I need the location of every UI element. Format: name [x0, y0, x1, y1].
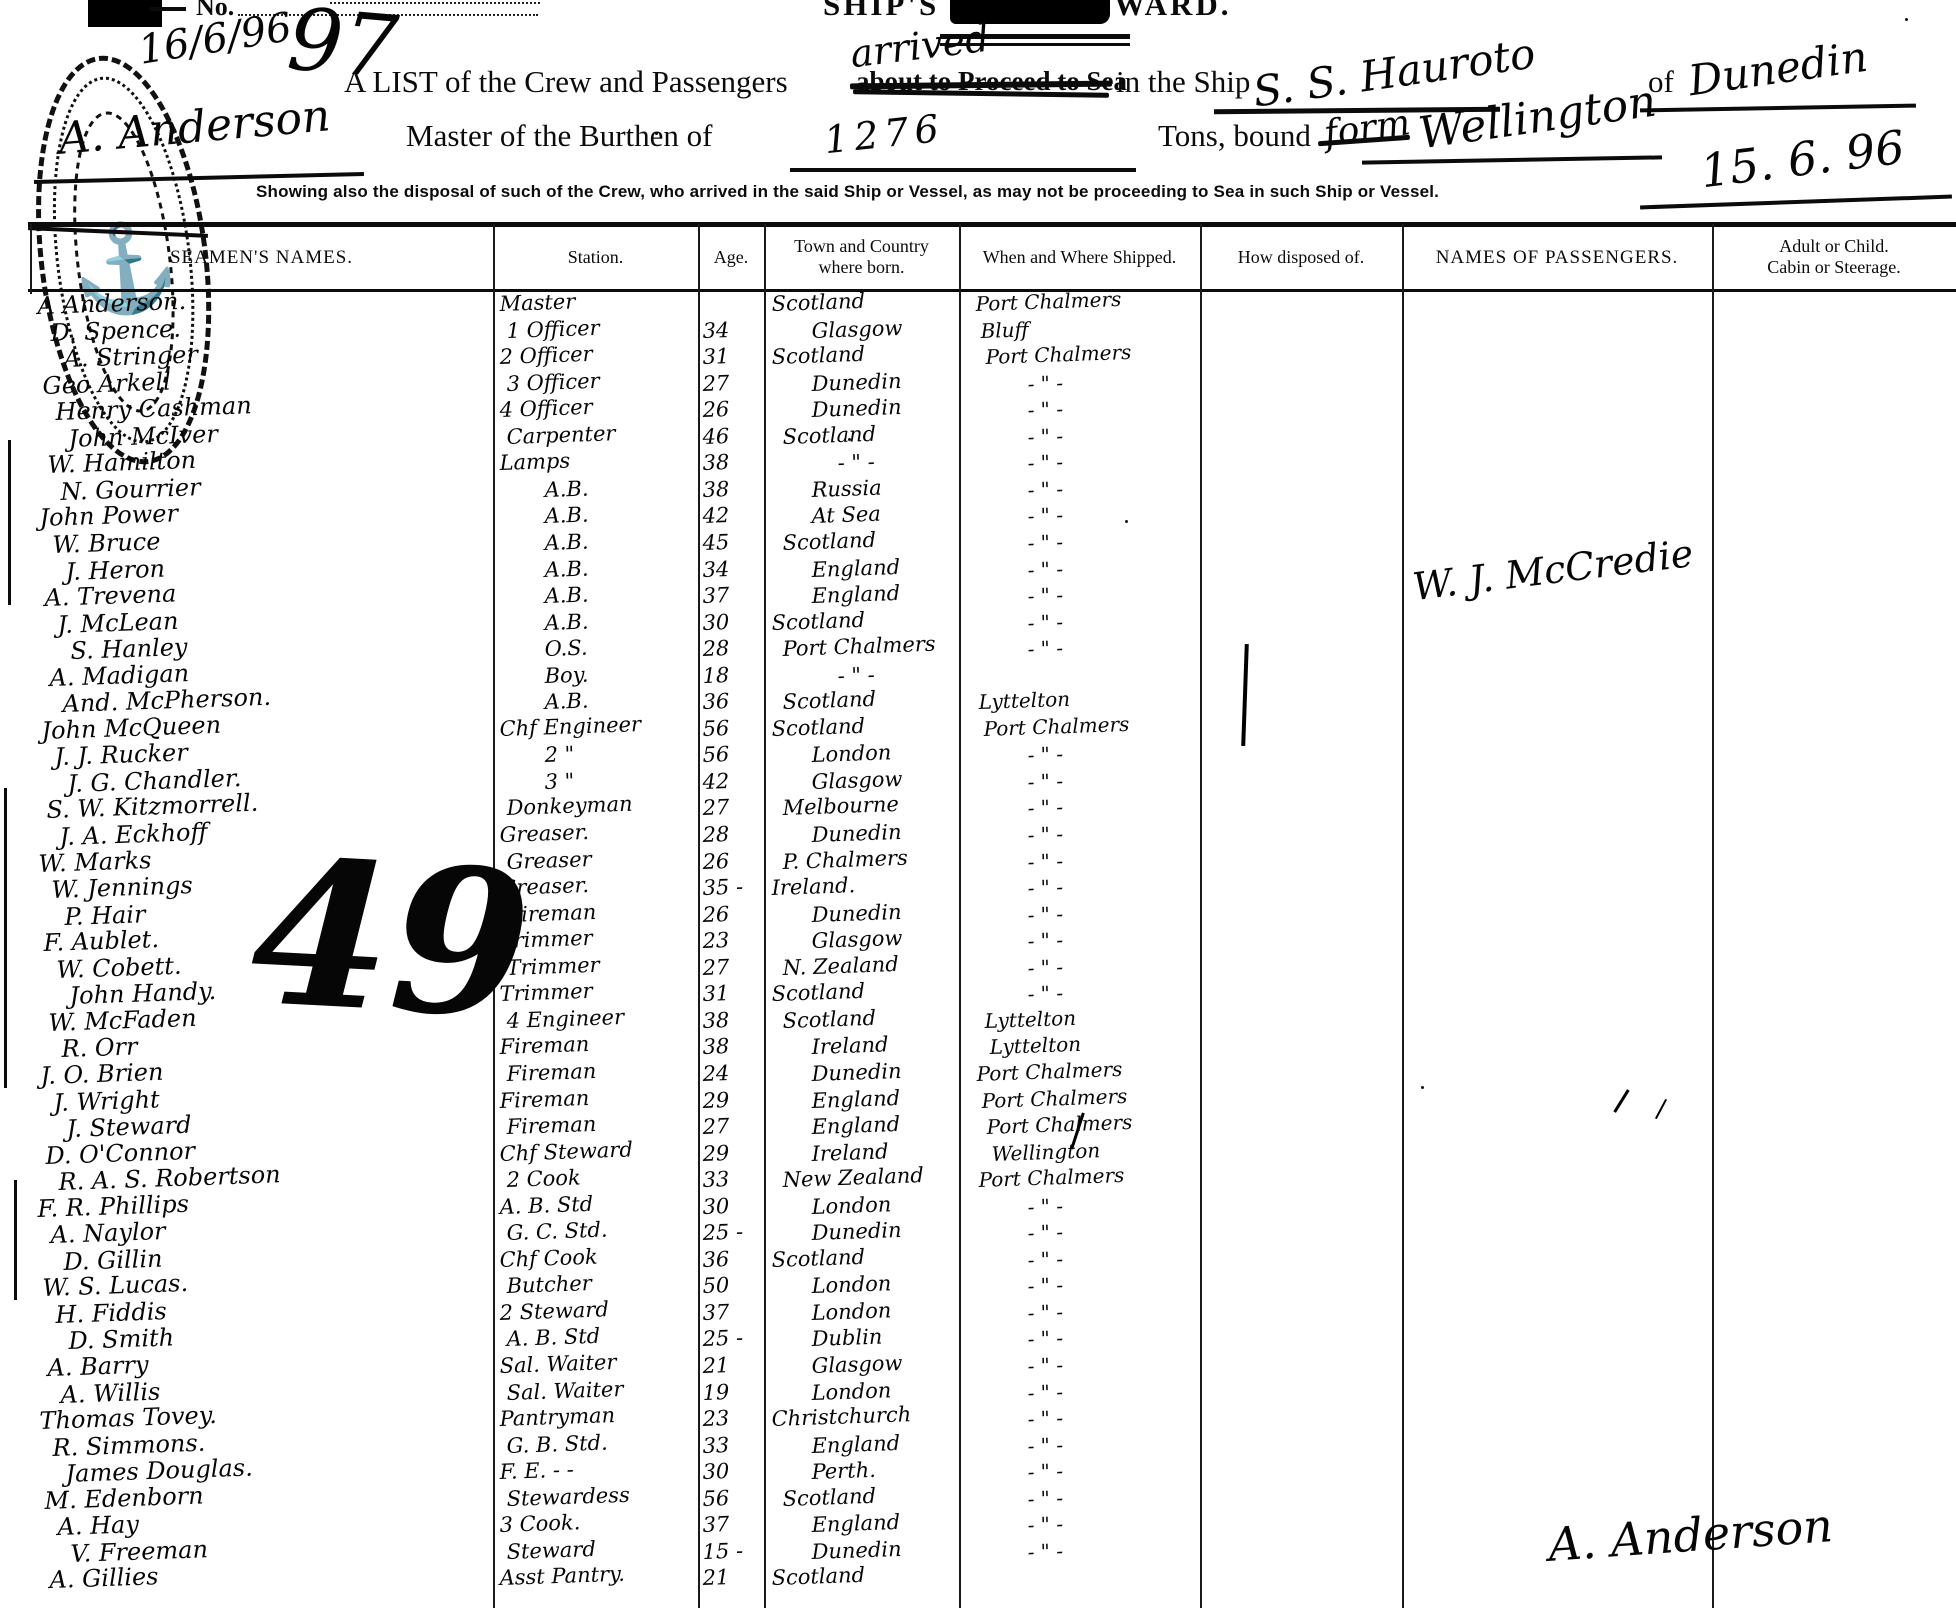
table-row: Geo Arkell3 Officer27Dunedin- " - — [0, 372, 1956, 399]
line2-tons: Tons, bound — [1158, 118, 1311, 154]
shipped-value: - " - — [1027, 1220, 1063, 1245]
birthplace-value: England — [811, 554, 900, 581]
station-value: A.B. — [544, 556, 589, 582]
shipped-value: - " - — [1027, 1406, 1063, 1431]
table-row: John McIverCarpenter46Scotland- " - — [0, 425, 1956, 452]
birthplace-value: Glasgow — [811, 315, 903, 342]
col-header-born: Town and Countrywhere born. — [764, 224, 959, 290]
speck — [1421, 1086, 1424, 1089]
shipped-value: - " - — [1027, 1300, 1063, 1325]
table-row: James Douglas.F. E. - -30Perth.- " - — [0, 1460, 1956, 1487]
shipped-value: - " - — [1027, 1247, 1063, 1272]
age-value: 28 — [702, 822, 730, 847]
table-row: A. BarrySal. Waiter21Glasgow- " - — [0, 1354, 1956, 1381]
station-value: A.B. — [544, 503, 589, 529]
birthplace-value: England — [811, 1510, 900, 1537]
shipped-value: - " - — [1027, 1273, 1063, 1298]
age-value: 36 — [702, 1247, 730, 1272]
birthplace-value: London — [811, 1298, 892, 1325]
age-value: 42 — [702, 503, 730, 528]
col-header-seamen-names: SEAMEN'S NAMES. — [30, 224, 493, 290]
shipped-value: - " - — [1027, 742, 1063, 767]
col-header-cabin: Adult or Child.Cabin or Steerage. — [1712, 224, 1956, 290]
age-value: 15 - — [702, 1538, 743, 1563]
station-value: A.B. — [544, 476, 589, 502]
station-value: O.S. — [544, 636, 588, 661]
birthplace-value: - " - — [837, 662, 875, 687]
birthplace-value: England — [811, 1431, 900, 1458]
table-row: S. HanleyO.S.28Port Chalmers- " - — [0, 637, 1956, 664]
birthplace-value: Perth. — [811, 1458, 876, 1484]
station-value: Donkeyman — [506, 792, 633, 820]
shipped-value: - " - — [1027, 424, 1063, 449]
masthead-left: SHIP'S — [823, 0, 939, 23]
station-value: Boy. — [544, 662, 589, 688]
age-value: 46 — [702, 424, 730, 449]
age-value: 31 — [702, 344, 730, 369]
birthplace-value: Dunedin — [811, 1537, 902, 1564]
birthplace-value: Glasgow — [811, 767, 903, 794]
shipped-value: - " - — [1027, 609, 1063, 634]
table-row: J. G. Chandler.3 "42Glasgow- " - — [0, 770, 1956, 797]
birthplace-value: Dunedin — [811, 395, 902, 422]
birthplace-value: Christchurch — [771, 1402, 911, 1431]
birthplace-value: Scotland — [771, 1563, 865, 1590]
age-value: 19 — [702, 1380, 730, 1405]
table-row: A. MadiganBoy.18- " - — [0, 664, 1956, 691]
birthplace-value: Scotland — [771, 289, 865, 316]
shipped-value: - " - — [1027, 450, 1063, 475]
station-value: Fireman — [506, 1112, 597, 1139]
station-value: A.B. — [544, 689, 589, 715]
shipped-value: - " - — [1027, 1326, 1063, 1351]
birthplace-value: N. Zealand — [782, 952, 899, 980]
birthplace-value: New Zealand — [782, 1163, 924, 1192]
station-value: A. B. Std — [506, 1324, 600, 1351]
station-value: Pantryman — [499, 1403, 615, 1431]
birthplace-value: Scotland — [782, 1006, 876, 1033]
station-value: A.B. — [544, 609, 589, 635]
age-value: 30 — [702, 1194, 730, 1219]
written-date-bottom: 15. 6. 96 — [1697, 120, 1907, 199]
date-underline — [1640, 195, 1952, 210]
station-value: Lamps — [499, 449, 570, 475]
age-value: 30 — [702, 610, 730, 635]
birthplace-value: England — [811, 1085, 900, 1112]
table-row: A. NaylorG. C. Std.25 -Dunedin- " - — [0, 1221, 1956, 1248]
table-row: J. StewardFireman27EnglandPort Chalmers — [0, 1115, 1956, 1142]
birthplace-value: Scotland — [771, 342, 865, 369]
station-value: Sal. Waiter — [499, 1350, 617, 1378]
station-value: Chf Steward — [499, 1137, 633, 1166]
shipped-value: Port Chalmers — [983, 712, 1130, 741]
birthplace-value: Ireland. — [771, 873, 855, 900]
station-value: Steward — [506, 1537, 596, 1564]
station-value: 2 Officer — [499, 342, 593, 369]
table-row: R. A. S. Robertson2 Cook33New ZealandPor… — [0, 1168, 1956, 1195]
birthplace-value: Ireland — [811, 1033, 889, 1060]
table-row: H. Fiddis2 Steward37London- " - — [0, 1301, 1956, 1328]
shipped-value: - " - — [1027, 370, 1063, 395]
shipped-value: Port Chalmers — [985, 340, 1132, 369]
shipped-value: - " - — [1027, 397, 1063, 422]
masthead-right: WARD. — [1114, 0, 1231, 23]
speck — [655, 132, 658, 135]
birthplace-value: London — [811, 1272, 892, 1299]
shipped-value: Port Chalmers — [981, 1083, 1128, 1112]
age-value: 27 — [702, 955, 730, 980]
station-value: 2 " — [544, 742, 575, 767]
station-value: 2 Cook — [506, 1166, 581, 1193]
shipped-value: - " - — [1027, 848, 1063, 873]
birthplace-value: Dunedin — [811, 900, 902, 927]
no-dash — [150, 7, 186, 11]
age-value: 26 — [702, 397, 730, 422]
table-row: W. S. Lucas.Butcher50London- " - — [0, 1274, 1956, 1301]
birthplace-value: Ireland — [811, 1139, 889, 1166]
station-value: A. B. Std — [499, 1191, 593, 1218]
table-row: D. O'ConnorChf Steward29IrelandWellingto… — [0, 1142, 1956, 1169]
station-value: 3 Officer — [506, 368, 600, 395]
age-value: 50 — [702, 1273, 730, 1298]
birthplace-value: Dunedin — [811, 820, 902, 847]
shipped-value: Bluff — [980, 317, 1029, 343]
age-value: 29 — [702, 1141, 730, 1166]
age-value: 37 — [702, 583, 730, 608]
speck — [1125, 520, 1128, 523]
shipped-value: - " - — [1027, 1432, 1063, 1457]
shipped-value: - " - — [1027, 1353, 1063, 1378]
age-value: 23 — [702, 928, 730, 953]
birthplace-value: London — [811, 741, 892, 768]
station-value: Chf Cook — [499, 1244, 598, 1271]
birthplace-value: Scotland — [782, 1484, 876, 1511]
shipped-value: Lyttelton — [978, 687, 1070, 714]
shipped-value: - " - — [1027, 955, 1063, 980]
age-value: 56 — [702, 1486, 730, 1511]
birthplace-value: London — [811, 1378, 892, 1405]
ships-crew-list-scan: { "header": { "no_label": "No.", "masthe… — [0, 0, 1956, 1608]
shipped-value: - " - — [1027, 1512, 1063, 1537]
station-value: 3 " — [544, 769, 575, 794]
seaman-name: W. S. Lucas. — [42, 1269, 189, 1302]
age-value: 45 — [702, 530, 730, 555]
showing-line: Showing also the disposal of such of the… — [256, 182, 1439, 202]
age-value: 30 — [702, 1459, 730, 1484]
station-value: A.B. — [544, 529, 589, 555]
shipped-value: Port Chalmers — [976, 1057, 1123, 1086]
birthplace-value: Dunedin — [811, 369, 902, 396]
table-row: J. J. Rucker2 "56London- " - — [0, 743, 1956, 770]
shipped-value: - " - — [1027, 556, 1063, 581]
birthplace-value: Scotland — [782, 422, 876, 449]
station-value: G. C. Std. — [506, 1218, 608, 1246]
station-value: Stewardess — [506, 1482, 630, 1510]
table-row: A. Stringer2 Officer31ScotlandPort Chalm… — [0, 345, 1956, 372]
age-value: 34 — [702, 318, 730, 343]
age-value: 24 — [702, 1061, 730, 1086]
birthplace-value: Scotland — [771, 714, 865, 741]
birthplace-value: Dunedin — [811, 1059, 902, 1086]
table-row: F. R. PhillipsA. B. Std30London- " - — [0, 1195, 1956, 1222]
shipped-value: - " - — [1027, 1379, 1063, 1404]
age-value: 34 — [702, 557, 730, 582]
shipped-value: Port Chalmers — [978, 1163, 1125, 1192]
line1-mid: in the Ship — [1116, 64, 1250, 100]
station-value: Sal. Waiter — [506, 1376, 624, 1404]
station-value: F. E. - - — [499, 1458, 574, 1485]
age-value: 29 — [702, 1088, 730, 1113]
birthplace-value: London — [811, 1192, 892, 1219]
birthplace-value: Scotland — [782, 687, 876, 714]
age-value: 56 — [702, 742, 730, 767]
col-header-passengers: NAMES OF PASSENGERS. — [1402, 224, 1712, 290]
age-value: 26 — [702, 849, 730, 874]
station-value: 4 Officer — [499, 395, 593, 422]
shipped-value: - " - — [1027, 822, 1063, 847]
table-row: And. McPherson.A.B.36ScotlandLyttelton — [0, 690, 1956, 717]
age-value: 38 — [702, 477, 730, 502]
shipped-value: Port Chalmers — [986, 1110, 1133, 1139]
table-row: John McQueenChf Engineer56ScotlandPort C… — [0, 717, 1956, 744]
birthplace-value: P. Chalmers — [782, 845, 908, 873]
col-header-disposed: How disposed of. — [1200, 224, 1402, 290]
birthplace-value: Russia — [811, 475, 882, 501]
shipped-value: Port Chalmers — [975, 287, 1122, 316]
table-row: John PowerA.B.42At Sea- " - — [0, 504, 1956, 531]
shipped-value: Wellington — [991, 1138, 1100, 1166]
speck — [848, 438, 851, 441]
table-row: A Anderson.MasterScotlandPort Chalmers — [0, 292, 1956, 319]
shipped-value: - " - — [1027, 636, 1063, 661]
seaman-name: A. Gillies — [49, 1563, 159, 1595]
table-row: J. McLeanA.B.30Scotland- " - — [0, 611, 1956, 638]
shipped-value: - " - — [1027, 795, 1063, 820]
seaman-name: W. Jennings — [51, 871, 193, 904]
station-value: Butcher — [506, 1271, 592, 1298]
age-value: 42 — [702, 769, 730, 794]
crew-count-annotation: 49 — [246, 815, 536, 1064]
table-row: A. TrevenaA.B.37England- " - — [0, 584, 1956, 611]
age-value: 26 — [702, 902, 730, 927]
shipped-value: - " - — [1027, 583, 1063, 608]
birthplace-value: At Sea — [811, 502, 881, 528]
age-value: 38 — [702, 1034, 730, 1059]
station-value: Fireman — [499, 1085, 590, 1112]
tonnage: 1276 — [822, 106, 947, 162]
shipped-value: - " - — [1027, 503, 1063, 528]
line2-label: Master of the Burthen of — [406, 118, 712, 154]
seaman-name: F. R. Phillips — [37, 1189, 189, 1222]
age-value: 23 — [702, 1406, 730, 1431]
station-value: 2 Steward — [499, 1297, 609, 1325]
shipped-value: - " - — [1027, 1539, 1063, 1564]
age-value: 31 — [702, 981, 730, 1006]
table-row: Henry Cashman4 Officer26Dunedin- " - — [0, 398, 1956, 425]
age-value: 33 — [702, 1433, 730, 1458]
birthplace-value: Scotland — [771, 1245, 865, 1272]
birthplace-value: Glasgow — [811, 926, 903, 953]
table-row: W. HamiltonLamps38- " -- " - — [0, 451, 1956, 478]
table-row: Thomas Tovey.Pantryman23Christchurch- " … — [0, 1407, 1956, 1434]
station-value: Chf Engineer — [499, 712, 641, 741]
age-value: 27 — [702, 796, 730, 821]
station-value: G. B. Std. — [506, 1430, 608, 1458]
shipped-value: Lyttelton — [984, 1006, 1076, 1033]
shipped-value: - " - — [1027, 769, 1063, 794]
table-row: D. Spence.1 Officer34GlasgowBluff — [0, 319, 1956, 346]
birthplace-value: Scotland — [782, 528, 876, 555]
shipped-value: - " - — [1027, 901, 1063, 926]
table-row: J. O. BrienFireman24DunedinPort Chalmers — [0, 1062, 1956, 1089]
seaman-name: Henry Cashman — [55, 391, 252, 426]
table-row: A. WillisSal. Waiter19London- " - — [0, 1381, 1956, 1408]
station-value: 3 Cook. — [499, 1510, 581, 1537]
shipped-value: - " - — [1027, 530, 1063, 555]
birthplace-value: - " - — [837, 450, 875, 475]
age-value: 28 — [702, 636, 730, 661]
seaman-name: A. Barry — [47, 1350, 149, 1382]
age-value: 21 — [702, 1353, 730, 1378]
col-header-shipped: When and Where Shipped. — [959, 224, 1200, 290]
station-value: Master — [499, 289, 576, 316]
shipped-value: - " - — [1027, 1459, 1063, 1484]
age-value: 38 — [702, 1008, 730, 1033]
age-value: 56 — [702, 716, 730, 741]
age-value: 25 - — [702, 1326, 743, 1351]
age-value: 25 - — [702, 1220, 743, 1245]
shipped-value: Lyttelton — [989, 1032, 1081, 1059]
age-value: 27 — [702, 1114, 730, 1139]
station-value: Carpenter — [506, 421, 616, 449]
birthplace-value: Scotland — [771, 979, 865, 1006]
table-row: N. GourrierA.B.38Russia- " - — [0, 478, 1956, 505]
shipped-value: - " - — [1027, 981, 1063, 1006]
birthplace-value: Dublin — [811, 1325, 883, 1351]
shipped-value: - " - — [1027, 1486, 1063, 1511]
birthplace-value: Scotland — [771, 607, 865, 634]
table-row: D. GillinChf Cook36Scotland- " - — [0, 1248, 1956, 1275]
seaman-name: A. Hay — [57, 1510, 139, 1541]
shipped-value: - " - — [1027, 875, 1063, 900]
station-value: Asst Pantry. — [499, 1562, 625, 1590]
birthplace-value: Glasgow — [811, 1351, 903, 1378]
birthplace-value: Dunedin — [811, 1218, 902, 1245]
birthplace-value: England — [811, 581, 900, 608]
destination-underline — [1362, 155, 1662, 164]
registry-underline — [1640, 104, 1916, 113]
age-value: 27 — [702, 371, 730, 396]
table-row: D. SmithA. B. Std25 -Dublin- " - — [0, 1327, 1956, 1354]
shipped-value: - " - — [1027, 1193, 1063, 1218]
age-value: 18 — [702, 663, 730, 688]
shipped-value: - " - — [1027, 477, 1063, 502]
speck — [1905, 18, 1908, 21]
age-value: 37 — [702, 1300, 730, 1325]
shipped-value: - " - — [1027, 928, 1063, 953]
age-value: 35 - — [702, 875, 743, 900]
col-header-station: Station. — [493, 224, 698, 290]
birthplace-value: England — [811, 1112, 900, 1139]
age-value: 36 — [702, 689, 730, 714]
col-header-age: Age. — [698, 224, 764, 290]
tonnage-underline — [790, 168, 1136, 172]
age-value: 38 — [702, 450, 730, 475]
age-value: 21 — [702, 1565, 730, 1590]
table-row: R. Simmons.G. B. Std.33England- " - — [0, 1434, 1956, 1461]
table-row: A. GilliesAsst Pantry.21Scotland — [0, 1566, 1956, 1593]
line1-prefix: A LIST of the Crew and Passengers — [344, 64, 788, 100]
station-value: A.B. — [544, 583, 589, 609]
age-value: 33 — [702, 1167, 730, 1192]
seaman-name: W. Bruce — [52, 527, 161, 559]
ink-blob — [88, 0, 162, 27]
port-of-registry: Dunedin — [1685, 32, 1870, 106]
station-value: 1 Officer — [506, 315, 600, 342]
birthplace-value: Melbourne — [782, 792, 899, 820]
age-value: 37 — [702, 1512, 730, 1537]
birthplace-value: Port Chalmers — [782, 632, 936, 661]
